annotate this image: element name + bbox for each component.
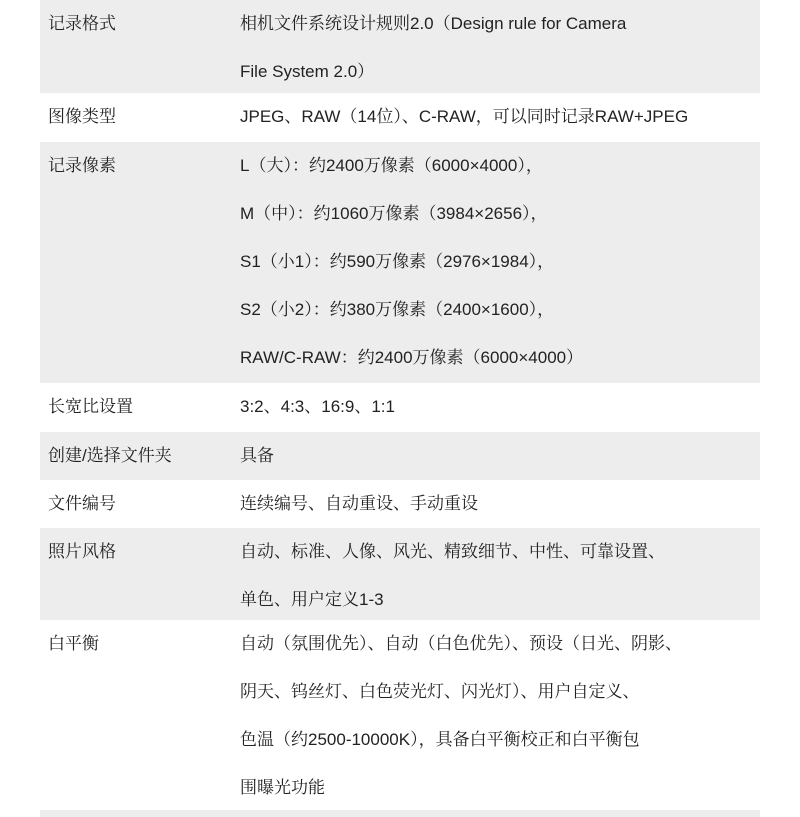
spec-value: L（大）：约2400万像素（6000×4000）， M（中）：约1060万像素（… (240, 142, 760, 382)
table-row-folder-create-select: 创建/选择文件夹 具备 (40, 432, 760, 480)
table-row-white-balance: 白平衡 自动（氛围优先）、自动（白色优先）、预设（日光、阴影、 阴天、钨丝灯、白… (40, 620, 760, 810)
spec-value-line: M（中）：约1060万像素（3984×2656）， (240, 190, 760, 238)
spec-value: 具备 (240, 432, 760, 480)
spec-value: 自动、标准、人像、风光、精致细节、中性、可靠设置、 单色、用户定义1-3 (240, 528, 760, 620)
spec-value-line: RAW/C-RAW：约2400万像素（6000×4000） (240, 334, 760, 382)
spec-value-line: 连续编号、自动重设、手动重设 (240, 480, 760, 528)
spec-value-line: S2（小2）：约380万像素（2400×1600）， (240, 286, 760, 334)
spec-value-line: 具备 (240, 432, 760, 480)
spec-value: 相机文件系统设计规则2.0（Design rule for Camera Fil… (240, 0, 760, 93)
spec-value: 连续编号、自动重设、手动重设 (240, 480, 760, 528)
table-row-recording-pixels: 记录像素 L（大）：约2400万像素（6000×4000）， M（中）：约106… (40, 142, 760, 383)
spec-value-line: S1（小1）：约590万像素（2976×1984）， (240, 238, 760, 286)
spec-label: 记录像素 (40, 142, 240, 190)
spec-value-line: JPEG、RAW（14位）、C-RAW，可以同时记录RAW+JPEG (240, 93, 760, 141)
spec-label: 白平衡 (40, 620, 240, 668)
spec-label: 长宽比设置 (40, 383, 240, 431)
table-row-image-type: 图像类型 JPEG、RAW（14位）、C-RAW，可以同时记录RAW+JPEG (40, 93, 760, 142)
spec-label: 文件编号 (40, 480, 240, 528)
next-row-cutoff (40, 810, 760, 817)
spec-value: JPEG、RAW（14位）、C-RAW，可以同时记录RAW+JPEG (240, 93, 760, 141)
spec-value-line: 色温（约2500-10000K），具备白平衡校正和白平衡包 (240, 716, 760, 764)
spec-label: 创建/选择文件夹 (40, 432, 240, 480)
spec-value-line: 3:2、4:3、16:9、1:1 (240, 383, 760, 431)
spec-label: 图像类型 (40, 93, 240, 141)
table-row-aspect-ratio: 长宽比设置 3:2、4:3、16:9、1:1 (40, 383, 760, 432)
spec-value-line: 围曝光功能 (240, 764, 760, 810)
table-row-picture-style: 照片风格 自动、标准、人像、风光、精致细节、中性、可靠设置、 单色、用户定义1-… (40, 528, 760, 620)
spec-value-line: 自动（氛围优先）、自动（白色优先）、预设（日光、阴影、 (240, 620, 760, 668)
spec-value-line: 阴天、钨丝灯、白色荧光灯、闪光灯）、用户自定义、 (240, 668, 760, 716)
spec-label: 记录格式 (40, 0, 240, 48)
table-row-file-numbering: 文件编号 连续编号、自动重设、手动重设 (40, 480, 760, 528)
spec-value: 3:2、4:3、16:9、1:1 (240, 383, 760, 431)
spec-value-line: 相机文件系统设计规则2.0（Design rule for Camera (240, 0, 760, 48)
spec-value-line: File System 2.0） (240, 48, 760, 93)
spec-label: 照片风格 (40, 528, 240, 576)
spec-value-line: 自动、标准、人像、风光、精致细节、中性、可靠设置、 (240, 528, 760, 576)
spec-value-line: L（大）：约2400万像素（6000×4000）， (240, 142, 760, 190)
table-row-recording-format: 记录格式 相机文件系统设计规则2.0（Design rule for Camer… (40, 0, 760, 93)
spec-value: 自动（氛围优先）、自动（白色优先）、预设（日光、阴影、 阴天、钨丝灯、白色荧光灯… (240, 620, 760, 810)
spec-value-line: 单色、用户定义1-3 (240, 576, 760, 620)
spec-table: 记录格式 相机文件系统设计规则2.0（Design rule for Camer… (40, 0, 760, 817)
